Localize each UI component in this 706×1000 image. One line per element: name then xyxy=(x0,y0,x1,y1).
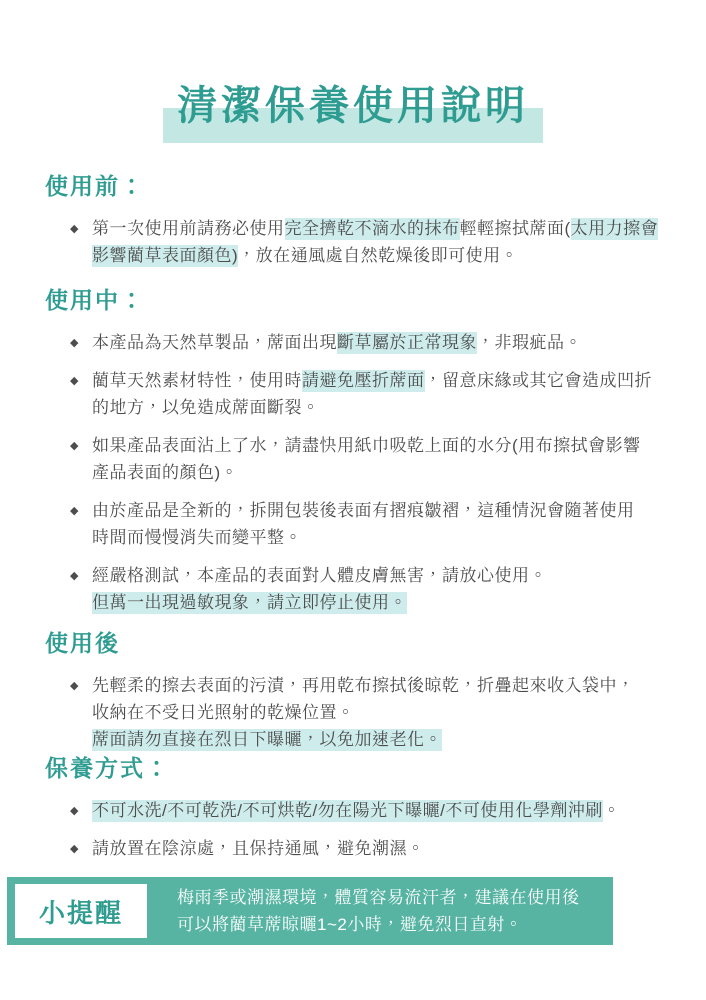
reminder-box: 小提醒 梅雨季或潮濕環境，體質容易流汗者，建議在使用後可以將藺草蓆晾曬1~2小時… xyxy=(7,877,613,945)
text-segment: 收納在不受日光照射的乾燥位置。 xyxy=(92,703,355,722)
text-segment: 的地方，以免造成蓆面斷裂。 xyxy=(92,398,320,417)
bullet-list: ◆本產品為天然草製品，蓆面出現斷草屬於正常現象，非瑕疵品。◆藺草天然素材特性，使… xyxy=(45,329,661,616)
bullet-item: ◆經嚴格測試，本產品的表面對人體皮膚無害，請放心使用。但萬一出現過敏現象，請立即… xyxy=(45,562,661,616)
instruction-page: 清潔保養使用說明 使用前：◆第一次使用前請務必使用完全擠乾不滴水的抹布輕輕擦拭蓆… xyxy=(0,0,706,1000)
bullet-text: 本產品為天然草製品，蓆面出現斷草屬於正常現象，非瑕疵品。 xyxy=(92,332,582,354)
title-block: 清潔保養使用說明 xyxy=(177,84,529,128)
bullet-item: ◆第一次使用前請務必使用完全擠乾不滴水的抹布輕輕擦拭蓆面(太用力擦會影響藺草表面… xyxy=(45,215,661,269)
highlighted-text: 請避免壓折蓆面 xyxy=(302,370,425,392)
reminder-label: 小提醒 xyxy=(39,893,123,930)
reminder-text: 梅雨季或潮濕環境，體質容易流汗者，建議在使用後可以將藺草蓆晾曬1~2小時，避免烈… xyxy=(177,884,580,938)
bullet-item: ◆請放置在陰涼處，且保持通風，避免潮濕。 xyxy=(45,835,661,862)
bullet-item: ◆先輕柔的擦去表面的污漬，再用乾布擦拭後晾乾，折疊起來收入袋中，收納在不受日光照… xyxy=(45,672,661,753)
section-heading-maintenance: 保養方式： xyxy=(45,755,661,783)
highlighted-text: 影響藺草表面顏色) xyxy=(92,245,238,267)
text-segment: ，非瑕疵品。 xyxy=(477,333,582,352)
highlighted-text: 蓆面請勿直接在烈日下曝曬，以免加速老化。 xyxy=(92,729,442,751)
bullet-text: 如果產品表面沾上了水，請盡快用紙巾吸乾上面的水分(用布擦拭會影響產品表面的顏色)… xyxy=(92,436,641,482)
bullet-list: ◆不可水洗/不可乾洗/不可烘乾/勿在陽光下曝曬/不可使用化學劑沖刷。◆請放置在陰… xyxy=(45,797,661,862)
section-heading-during-use: 使用中： xyxy=(45,287,661,315)
bullet-text: 藺草天然素材特性，使用時請避免壓折蓆面，留意床緣或其它會造成凹折的地方，以免造成… xyxy=(92,370,652,417)
bullet-item: ◆本產品為天然草製品，蓆面出現斷草屬於正常現象，非瑕疵品。 xyxy=(45,329,661,356)
text-segment: 如果產品表面沾上了水，請盡快用紙巾吸乾上面的水分(用布擦拭會影響 xyxy=(92,436,641,455)
highlighted-text: 但萬一出現過敏現象，請立即停止使用。 xyxy=(92,592,407,614)
page-title: 清潔保養使用說明 xyxy=(177,84,529,128)
highlighted-text: 太用力擦會 xyxy=(571,218,659,240)
text-segment: 第一次使用前請務必使用 xyxy=(92,219,285,238)
bullet-text: 先輕柔的擦去表面的污漬，再用乾布擦拭後晾乾，折疊起來收入袋中，收納在不受日光照射… xyxy=(92,676,635,751)
diamond-bullet-icon: ◆ xyxy=(70,433,79,460)
section-after-use: 使用後◆先輕柔的擦去表面的污漬，再用乾布擦拭後晾乾，折疊起來收入袋中，收納在不受… xyxy=(45,630,661,753)
bullet-text: 不可水洗/不可乾洗/不可烘乾/勿在陽光下曝曬/不可使用化學劑沖刷。 xyxy=(92,800,620,822)
bullet-text: 請放置在陰涼處，且保持通風，避免潮濕。 xyxy=(92,839,425,858)
bullet-text: 由於產品是全新的，拆開包裝後表面有摺痕皺褶，這種情況會隨著使用時間而慢慢消失而變… xyxy=(92,501,635,547)
section-heading-before-use: 使用前： xyxy=(45,173,661,201)
section-before-use: 使用前：◆第一次使用前請務必使用完全擠乾不滴水的抹布輕輕擦拭蓆面(太用力擦會影響… xyxy=(45,173,661,269)
sections: 使用前：◆第一次使用前請務必使用完全擠乾不滴水的抹布輕輕擦拭蓆面(太用力擦會影響… xyxy=(0,173,706,862)
highlighted-text: 不可水洗/不可乾洗/不可烘乾/勿在陽光下曝曬/不可使用化學劑沖刷 xyxy=(92,800,603,822)
diamond-bullet-icon: ◆ xyxy=(70,836,79,863)
diamond-bullet-icon: ◆ xyxy=(70,498,79,525)
diamond-bullet-icon: ◆ xyxy=(70,798,79,825)
text-segment: 本產品為天然草製品，蓆面出現 xyxy=(92,333,337,352)
diamond-bullet-icon: ◆ xyxy=(70,330,79,357)
text-segment: 藺草天然素材特性，使用時 xyxy=(92,371,302,390)
highlighted-text: 完全擠乾不滴水的抹布 xyxy=(285,218,460,240)
bullet-text: 經嚴格測試，本產品的表面對人體皮膚無害，請放心使用。但萬一出現過敏現象，請立即停… xyxy=(92,566,547,614)
diamond-bullet-icon: ◆ xyxy=(70,216,79,243)
reminder-label-box: 小提醒 xyxy=(15,884,147,938)
text-segment: ，留意床緣或其它會造成凹折 xyxy=(425,371,653,390)
bullet-list: ◆先輕柔的擦去表面的污漬，再用乾布擦拭後晾乾，折疊起來收入袋中，收納在不受日光照… xyxy=(45,672,661,753)
diamond-bullet-icon: ◆ xyxy=(70,563,79,590)
text-segment: 產品表面的顏色)。 xyxy=(92,463,238,482)
text-segment: 經嚴格測試，本產品的表面對人體皮膚無害，請放心使用。 xyxy=(92,566,547,585)
section-during-use: 使用中：◆本產品為天然草製品，蓆面出現斷草屬於正常現象，非瑕疵品。◆藺草天然素材… xyxy=(45,287,661,616)
text-segment: 先輕柔的擦去表面的污漬，再用乾布擦拭後晾乾，折疊起來收入袋中， xyxy=(92,676,635,695)
text-segment: 輕輕擦拭蓆面( xyxy=(460,219,571,238)
text-segment: 。 xyxy=(603,801,621,820)
text-segment: ，放在通風處自然乾燥後即可使用。 xyxy=(238,246,518,265)
text-segment: 時間而慢慢消失而變平整。 xyxy=(92,528,302,547)
bullet-item: ◆藺草天然素材特性，使用時請避免壓折蓆面，留意床緣或其它會造成凹折的地方，以免造… xyxy=(45,367,661,421)
diamond-bullet-icon: ◆ xyxy=(70,673,79,700)
bullet-list: ◆第一次使用前請務必使用完全擠乾不滴水的抹布輕輕擦拭蓆面(太用力擦會影響藺草表面… xyxy=(45,215,661,269)
section-maintenance: 保養方式：◆不可水洗/不可乾洗/不可烘乾/勿在陽光下曝曬/不可使用化學劑沖刷。◆… xyxy=(45,755,661,862)
highlighted-text: 斷草屬於正常現象 xyxy=(337,332,477,354)
bullet-item: ◆不可水洗/不可乾洗/不可烘乾/勿在陽光下曝曬/不可使用化學劑沖刷。 xyxy=(45,797,661,824)
section-heading-after-use: 使用後 xyxy=(45,630,661,658)
bullet-item: ◆由於產品是全新的，拆開包裝後表面有摺痕皺褶，這種情況會隨著使用時間而慢慢消失而… xyxy=(45,497,661,551)
diamond-bullet-icon: ◆ xyxy=(70,368,79,395)
text-segment: 由於產品是全新的，拆開包裝後表面有摺痕皺褶，這種情況會隨著使用 xyxy=(92,501,635,520)
text-segment: 請放置在陰涼處，且保持通風，避免潮濕。 xyxy=(92,839,425,858)
bullet-item: ◆如果產品表面沾上了水，請盡快用紙巾吸乾上面的水分(用布擦拭會影響產品表面的顏色… xyxy=(45,432,661,486)
bullet-text: 第一次使用前請務必使用完全擠乾不滴水的抹布輕輕擦拭蓆面(太用力擦會影響藺草表面顏… xyxy=(92,218,658,267)
